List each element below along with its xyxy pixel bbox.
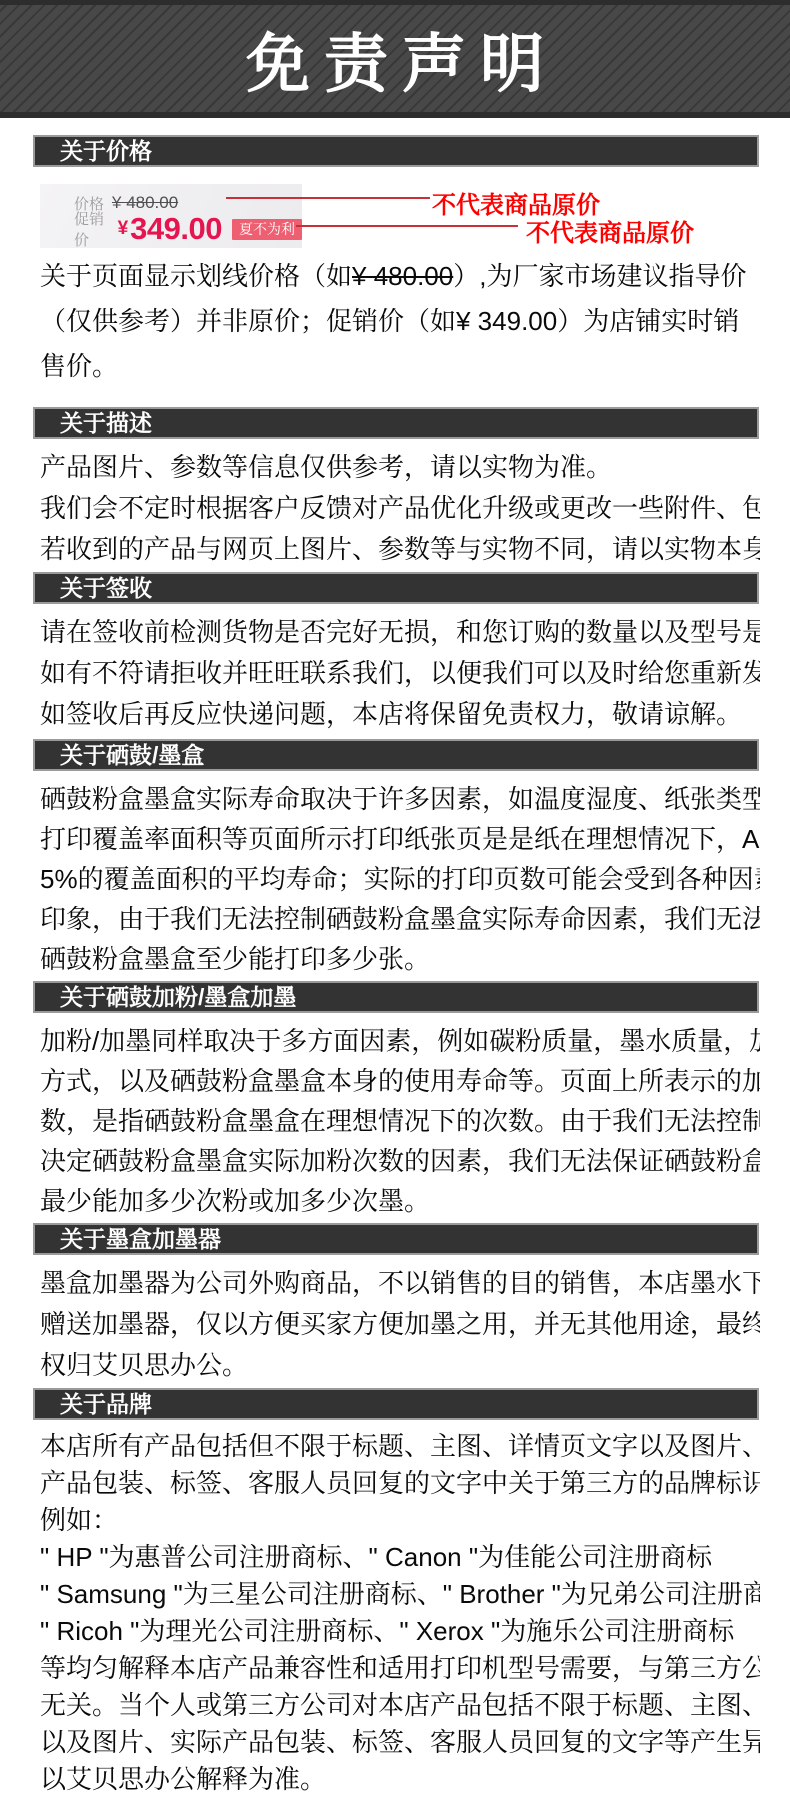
text-line: 硒鼓粉盒墨盒实际寿命取决于许多因素，如温度湿度、纸张类型、 [40,779,760,819]
refill-body: 加粉/加墨同样取决于多方面因素，例如碳粉质量，墨水质量，加墨的 方式，以及硒鼓粉… [40,1021,760,1221]
text-line: 如签收后再反应快递问题，本店将保留免责权力，敬请谅解。 [40,694,760,735]
text-line: 例如： [40,1502,760,1539]
promo-currency-symbol: ¥ [118,218,129,240]
receipt-body: 请在签收前检测货物是否完好无损，和您订购的数量以及型号是否符合 如有不符请拒收并… [40,612,760,735]
price-box: 价格 ¥ 480.00 促销价 ¥ 349.00 夏不为利 [40,184,302,248]
text-line: 产品图片、参数等信息仅供参考，请以实物为准。 [40,447,760,488]
text-line: 印象，由于我们无法控制硒鼓粉盒墨盒实际寿命因素，我们无法保证 [40,899,760,939]
text-line: 无关。当个人或第三方公司对本店产品包括不限于标题、主图、详情页 [40,1687,760,1724]
text-line: 赠送加墨器，仅以方便买家方便加墨之用，并无其他用途，最终解释 [40,1304,760,1345]
text-line: 数，是指硒鼓粉盒墨盒在理想情况下的次数。由于我们无法控制许多 [40,1101,760,1141]
annotation-line-top [226,197,430,199]
text-line: 墨盒加墨器为公司外购商品，不以销售的目的销售，本店墨水下单会 [40,1263,760,1304]
text-line: 如有不符请拒收并旺旺联系我们，以便我们可以及时给您重新发货。 [40,653,760,694]
section-heading-description: 关于描述 [33,407,759,439]
text-line: 请在签收前检测货物是否完好无损，和您订购的数量以及型号是否符合 [40,612,760,653]
text-line: 以艾贝思办公解释为准。 [40,1761,760,1798]
disclaimer-banner: 免责声明 [0,0,790,118]
text-line: 加粉/加墨同样取决于多方面因素，例如碳粉质量，墨水质量，加墨的 [40,1021,760,1061]
text-line: 以及图片、实际产品包装、标签、客服人员回复的文字等产生异议时， [40,1724,760,1761]
annotation-not-original-price-2: 不代表商品原价 [526,213,694,248]
text-line: 权归艾贝思办公。 [40,1345,760,1386]
section-heading-brand: 关于品牌 [33,1388,759,1420]
text-line: 5%的覆盖面积的平均寿命；实际的打印页数可能会受到各种因素的 [40,859,760,899]
banner-bottom-strip [0,112,790,118]
text-line: 硒鼓粉盒墨盒至少能打印多少张。 [40,939,760,979]
section-heading-price: 关于价格 [33,135,759,167]
page-title: 免责声明 [0,0,790,118]
text-line: 若收到的产品与网页上图片、参数等与实物不同，请以实物本身为准。 [40,529,760,570]
text-line: 等均匀解释本店产品兼容性和适用打印机型号需要，与第三方公司 [40,1650,760,1687]
section-heading-refiller: 关于墨盒加墨器 [33,1223,759,1255]
price-paragraph-struck-price: ¥ 480.00 [352,261,453,291]
cartridge-body: 硒鼓粉盒墨盒实际寿命取决于许多因素，如温度湿度、纸张类型、 打印覆盖率面积等页面… [40,779,760,979]
text-line: 决定硒鼓粉盒墨盒实际加粉次数的因素，我们无法保证硒鼓粉盒墨盒 [40,1141,760,1181]
text-line: 方式，以及硒鼓粉盒墨盒本身的使用寿命等。页面上所表示的加粉次 [40,1061,760,1101]
section-heading-cartridge: 关于硒鼓/墨盒 [33,739,759,771]
text-line: " Samsung "为三星公司注册商标、" Brother "为兄弟公司注册商… [40,1576,760,1613]
text-line: 打印覆盖率面积等页面所示打印纸张页是是纸在理想情况下，A4纸 [40,819,760,859]
text-line: " HP "为惠普公司注册商标、" Canon "为佳能公司注册商标 [40,1539,760,1576]
brand-body: 本店所有产品包括但不限于标题、主图、详情页文字以及图片、实际 产品包装、标签、客… [40,1428,760,1798]
price-paragraph: 关于页面显示划线价格（如¥ 480.00）,为厂家市场建议指导价（仅供参考）并非… [40,254,756,389]
refiller-body: 墨盒加墨器为公司外购商品，不以销售的目的销售，本店墨水下单会 赠送加墨器，仅以方… [40,1263,760,1386]
section-heading-refill: 关于硒鼓加粉/墨盒加墨 [33,981,759,1013]
price-paragraph-pre: 关于页面显示划线价格（如 [40,261,352,291]
text-line: 我们会不定时根据客户反馈对产品优化升级或更改一些附件、包装等； [40,488,760,529]
price-example-figure: 价格 ¥ 480.00 促销价 ¥ 349.00 夏不为利 不代表商品原价 不代… [40,184,790,248]
text-line: 本店所有产品包括但不限于标题、主图、详情页文字以及图片、实际 [40,1428,760,1465]
promo-price-row: 促销价 ¥ 349.00 夏不为利 [74,214,302,244]
text-line: 最少能加多少次粉或加多少次墨。 [40,1181,760,1221]
text-line: " Ricoh "为理光公司注册商标、" Xerox "为施乐公司注册商标 [40,1613,760,1650]
section-heading-receipt: 关于签收 [33,572,759,604]
promo-badge: 夏不为利 [232,219,302,240]
original-price-value: ¥ 480.00 [112,193,178,213]
description-body: 产品图片、参数等信息仅供参考，请以实物为准。 我们会不定时根据客户反馈对产品优化… [40,447,760,570]
text-line: 产品包装、标签、客服人员回复的文字中关于第三方的品牌标识， [40,1465,760,1502]
annotation-line-bottom [296,225,518,227]
promo-price-label: 促销价 [74,208,110,250]
promo-price-value: 349.00 [130,211,222,247]
